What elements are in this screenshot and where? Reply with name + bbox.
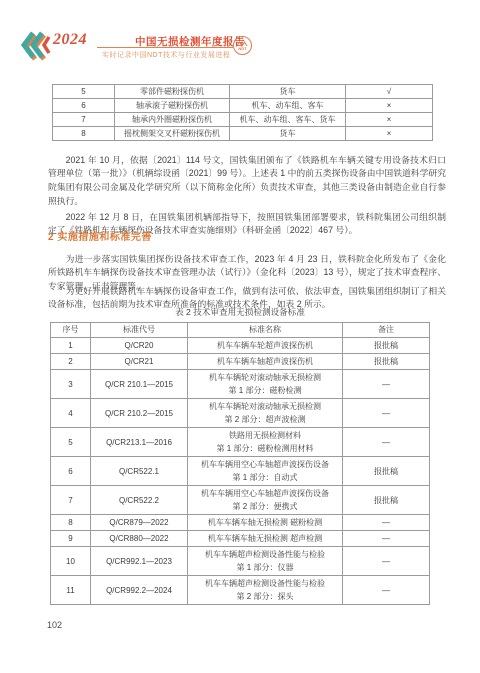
paragraph-2021-policy: 2021 年 10 月，依据〔2021〕114 号文，国铁集团颁布了《铁路机车车… xyxy=(48,154,446,208)
ndt-standards-table: 序号 标准代号 标准名称 备注 1Q/CR20机车车辆车轮超声波探伤机报批稿2Q… xyxy=(50,322,430,605)
table-cell-note: 报批稿 xyxy=(343,338,430,354)
chevrons-logo-icon xyxy=(19,27,57,65)
table-cell-note: 报批稿 xyxy=(343,457,430,486)
table-cell-no: 11 xyxy=(51,576,91,605)
table-cell-code: Q/CR20 xyxy=(91,338,188,354)
table-cell-no: 7 xyxy=(51,486,91,515)
col-header-note: 备注 xyxy=(343,323,430,338)
table-cell-no: 8 xyxy=(53,127,115,141)
table-cell-note: — xyxy=(343,547,430,576)
table-cell-no: 1 xyxy=(51,338,91,354)
table-cell-mark: √ xyxy=(346,85,433,99)
table-cell-no: 4 xyxy=(51,399,91,428)
table-row: 7轴承内外圈磁粉探伤机机车、动车组、客车、货车× xyxy=(53,113,433,127)
table-cell-code: Q/CR213.1—2016 xyxy=(91,428,188,457)
table-cell-mark: × xyxy=(346,127,433,141)
page-number: 102 xyxy=(47,620,62,630)
table-cell-no: 3 xyxy=(51,370,91,399)
table-cell-name: 机车车辆车轮超声波探伤机 xyxy=(188,338,343,354)
table-cell-scope: 机车、动车组、客车 xyxy=(230,99,346,113)
table-cell-note: — xyxy=(343,428,430,457)
table-cell-mark: × xyxy=(346,99,433,113)
table-cell-name: 机车车辆车轴无损检测 磁粉检测 xyxy=(188,515,343,531)
table-cell-code: Q/CR522.1 xyxy=(91,457,188,486)
table-cell-code: Q/CR21 xyxy=(91,354,188,370)
table-cell-no: 6 xyxy=(53,99,115,113)
table-cell-code: Q/CR 210.1—2015 xyxy=(91,370,188,399)
table-cell-name: 零部件磁粉探伤机 xyxy=(115,85,230,99)
ndt-society-badge-icon: NDT xyxy=(233,36,252,55)
table-cell-name: 机车车辆超声检测设备性能与检验 第 1 部分：仪器 xyxy=(188,547,343,576)
table-cell-no: 9 xyxy=(51,531,91,547)
table-cell-scope: 货车 xyxy=(230,85,346,99)
table-cell-scope: 货车 xyxy=(230,127,346,141)
table-row: 9Q/CR880—2022机车车辆车轴无损检测 超声检测— xyxy=(51,531,430,547)
report-page: 2024 中国无损检测年度报告 实时记录中国NDT技术与行业发展进程 NDT 5… xyxy=(0,0,480,673)
table-cell-no: 2 xyxy=(51,354,91,370)
table-row: 1Q/CR20机车车辆车轮超声波探伤机报批稿 xyxy=(51,338,430,354)
col-header-name: 标准名称 xyxy=(188,323,343,338)
table-cell-name: 摇枕侧架交叉杆磁粉探伤机 xyxy=(115,127,230,141)
table-cell-code: Q/CR 210.2—2015 xyxy=(91,399,188,428)
table-cell-name: 机车车辆车轴超声波探伤机 xyxy=(188,354,343,370)
table2-caption: 表 2 技术审查用无损检测设备标准 xyxy=(48,306,432,318)
table-cell-no: 7 xyxy=(53,113,115,127)
col-header-no: 序号 xyxy=(51,323,91,338)
table-cell-mark: × xyxy=(346,113,433,127)
table-cell-note: — xyxy=(343,515,430,531)
table-cell-name: 机车车辆轮对滚动轴承无损检测 第 2 部分：超声波检测 xyxy=(188,399,343,428)
table-cell-note: — xyxy=(343,531,430,547)
table-row: 6轴承滚子磁粉探伤机机车、动车组、客车× xyxy=(53,99,433,113)
table-cell-name: 机车车辆用空心车轴超声波探伤设备 第 2 部分：便携式 xyxy=(188,486,343,515)
flaw-detector-table: 5零部件磁粉探伤机货车√6轴承滚子磁粉探伤机机车、动车组、客车×7轴承内外圈磁粉… xyxy=(52,84,433,141)
table-cell-note: 报批稿 xyxy=(343,354,430,370)
table-row: 10Q/CR992.1—2023机车车辆超声检测设备性能与检验 第 1 部分：仪… xyxy=(51,547,430,576)
table-cell-name: 机车车辆用空心车轴超声波探伤设备 第 1 部分：自动式 xyxy=(188,457,343,486)
report-year: 2024 xyxy=(53,31,87,49)
table-cell-name: 机车车辆轮对滚动轴承无损检测 第 1 部分：磁粉检测 xyxy=(188,370,343,399)
table-cell-code: Q/CR880—2022 xyxy=(91,531,188,547)
table-row: 6Q/CR522.1机车车辆用空心车轴超声波探伤设备 第 1 部分：自动式报批稿 xyxy=(51,457,430,486)
table-row: 4Q/CR 210.2—2015机车车辆轮对滚动轴承无损检测 第 2 部分：超声… xyxy=(51,399,430,428)
table-cell-no: 5 xyxy=(53,85,115,99)
table-cell-note: — xyxy=(343,576,430,605)
table-row: 5Q/CR213.1—2016铁路用无损检测材料 第 1 部分：磁粉检测用材料— xyxy=(51,428,430,457)
table-cell-no: 6 xyxy=(51,457,91,486)
table-row: 8摇枕侧架交叉杆磁粉探伤机货车× xyxy=(53,127,433,141)
table-cell-code: Q/CR879—2022 xyxy=(91,515,188,531)
table-cell-name: 机车车辆车轴无损检测 超声检测 xyxy=(188,531,343,547)
table-row: 7Q/CR522.2机车车辆用空心车轴超声波探伤设备 第 2 部分：便携式报批稿 xyxy=(51,486,430,515)
table-row: 5零部件磁粉探伤机货车√ xyxy=(53,85,433,99)
table-cell-code: Q/CR522.2 xyxy=(91,486,188,515)
section-heading: 2 实施措施和标准完善 xyxy=(48,228,152,243)
table-cell-code: Q/CR992.1—2023 xyxy=(91,547,188,576)
table-row: 3Q/CR 210.1—2015机车车辆轮对滚动轴承无损检测 第 1 部分：磁粉… xyxy=(51,370,430,399)
table-cell-scope: 机车、动车组、客车、货车 xyxy=(230,113,346,127)
table-cell-no: 5 xyxy=(51,428,91,457)
col-header-code: 标准代号 xyxy=(91,323,188,338)
table-header-row: 序号 标准代号 标准名称 备注 xyxy=(51,323,430,338)
table-cell-name: 铁路用无损检测材料 第 1 部分：磁粉检测用材料 xyxy=(188,428,343,457)
table-cell-note: 报批稿 xyxy=(343,486,430,515)
table-cell-no: 8 xyxy=(51,515,91,531)
table-row: 11Q/CR992.2—2024机车车辆超声检测设备性能与检验 第 2 部分：探… xyxy=(51,576,430,605)
table-cell-name: 轴承内外圈磁粉探伤机 xyxy=(115,113,230,127)
table-cell-name: 机车车辆超声检测设备性能与检验 第 2 部分：探头 xyxy=(188,576,343,605)
table-cell-note: — xyxy=(343,399,430,428)
table-cell-code: Q/CR992.2—2024 xyxy=(91,576,188,605)
report-title: 中国无损检测年度报告 xyxy=(135,34,235,49)
table-cell-note: — xyxy=(343,370,430,399)
table-cell-name: 轴承滚子磁粉探伤机 xyxy=(115,99,230,113)
badge-label: NDT xyxy=(238,47,246,51)
table-row: 2Q/CR21机车车辆车轴超声波探伤机报批稿 xyxy=(51,354,430,370)
table-row: 8Q/CR879—2022机车车辆车轴无损检测 磁粉检测— xyxy=(51,515,430,531)
table-cell-no: 10 xyxy=(51,547,91,576)
report-subtitle: 实时记录中国NDT技术与行业发展进程 xyxy=(102,50,230,60)
